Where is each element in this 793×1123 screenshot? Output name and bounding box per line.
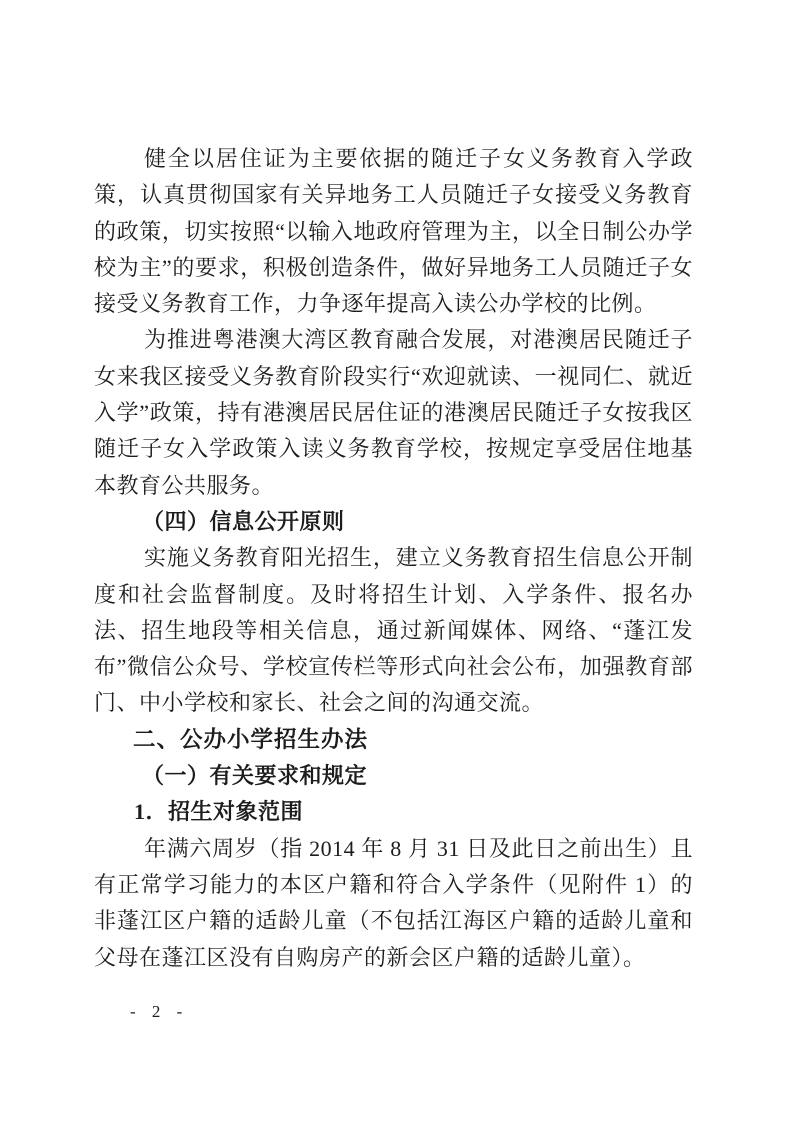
section-heading-info-disclosure: （四）信息公开原则	[94, 504, 693, 540]
paragraph-enrollment-scope: 年满六周岁（指 2014 年 8 月 31 日及此日之前出生）且有正常学习能力的…	[94, 831, 693, 976]
paragraph-greater-bay-area-policy: 为推进粤港澳大湾区教育融合发展，对港澳居民随迁子女来我区接受义务教育阶段实行“欢…	[94, 322, 693, 503]
document-body: 健全以居住证为主要依据的随迁子女义务教育入学政策，认真贯彻国家有关异地务工人员随…	[94, 141, 693, 976]
section-heading-requirements: （一）有关要求和规定	[94, 758, 693, 794]
document-page: 健全以居住证为主要依据的随迁子女义务教育入学政策，认真贯彻国家有关异地务工人员随…	[0, 0, 793, 1123]
item-heading-enrollment-scope: 1．招生对象范围	[94, 794, 693, 830]
paragraph-info-disclosure: 实施义务教育阳光招生，建立义务教育招生信息公开制度和社会监督制度。及时将招生计划…	[94, 540, 693, 721]
page-number: - 2 -	[130, 1000, 188, 1024]
chapter-heading-primary-school-enrollment: 二、公办小学招生办法	[94, 722, 693, 758]
paragraph-migrant-children-policy: 健全以居住证为主要依据的随迁子女义务教育入学政策，认真贯彻国家有关异地务工人员随…	[94, 141, 693, 322]
